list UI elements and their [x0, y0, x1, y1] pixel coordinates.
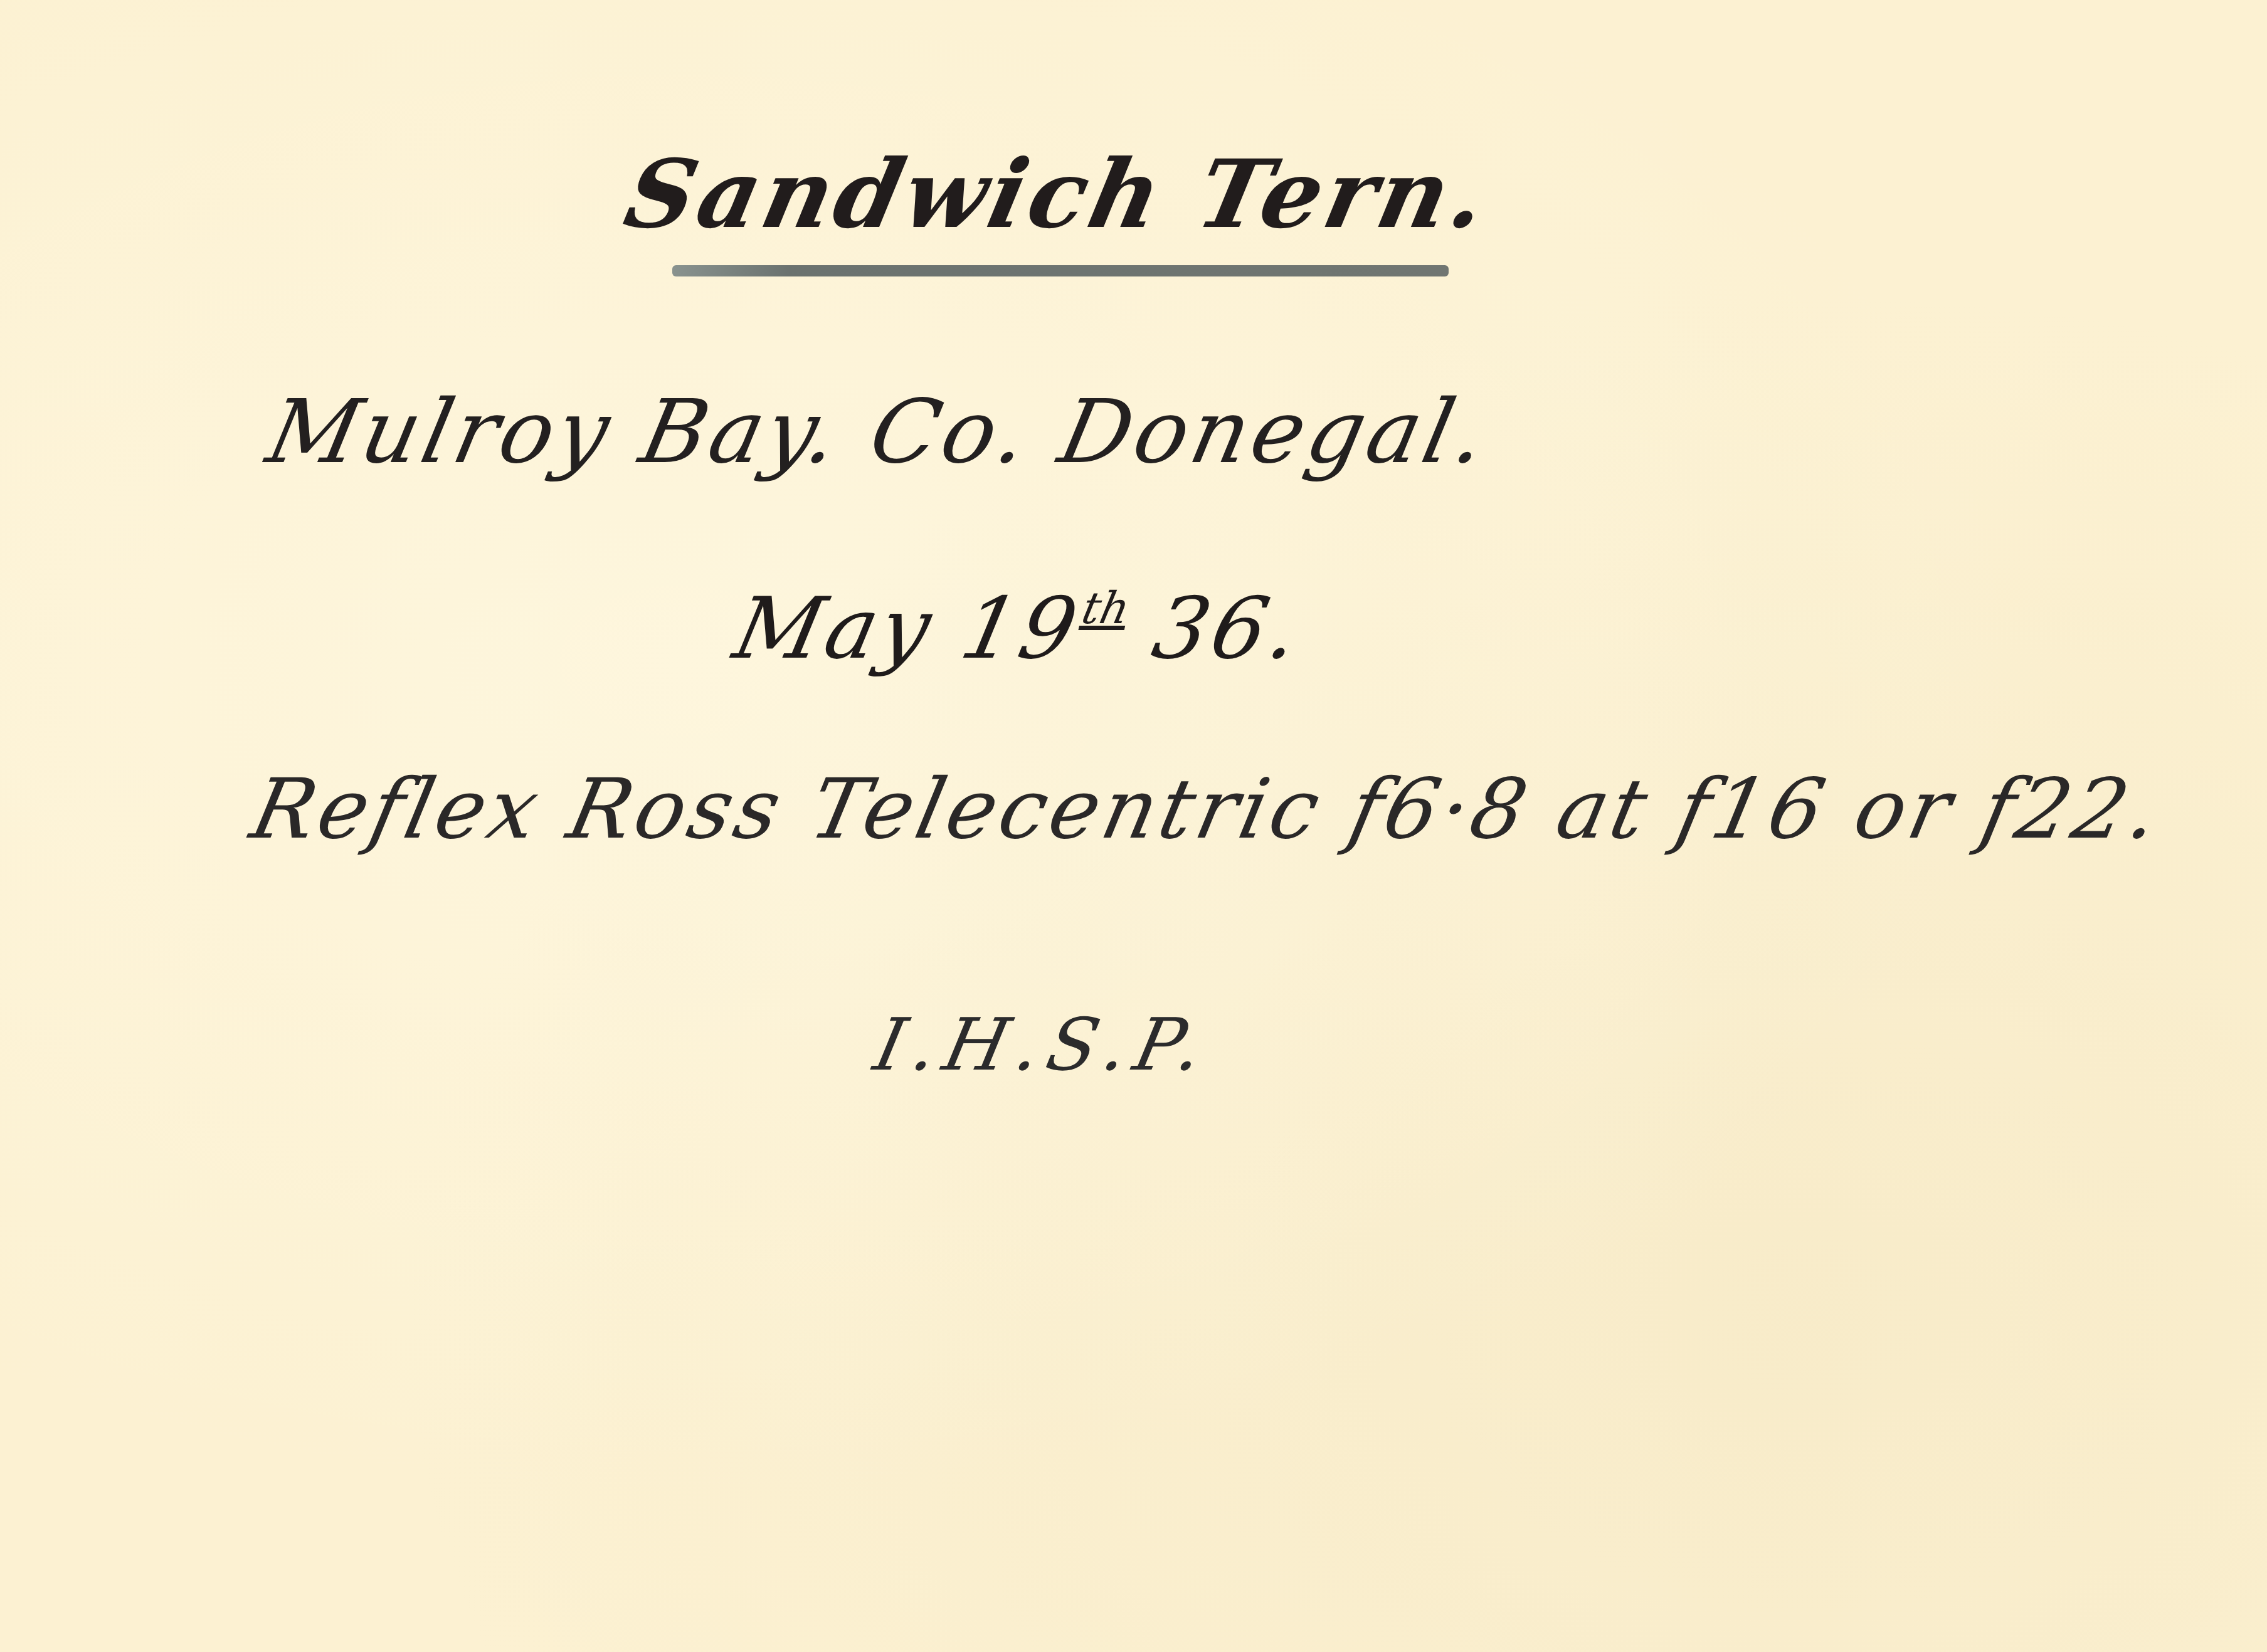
note-card: Sandwich Tern. Mulroy Bay. Co. Donegal. … [0, 0, 2267, 1652]
date-day: 19 [953, 579, 1089, 678]
author-initials: I.H.S.P. [869, 1009, 1218, 1081]
title-underline [672, 265, 1449, 276]
note-title: Sandwich Tern. [618, 147, 1498, 241]
location-line: Mulroy Bay. Co. Donegal. [260, 389, 1498, 476]
date-year: 36. [1145, 579, 1312, 678]
date-line: May 19th 36. [727, 586, 1310, 671]
date-month: May [726, 579, 943, 678]
equipment-line: Reflex Ross Telecentric f6·8 at f16 or f… [245, 768, 2170, 851]
